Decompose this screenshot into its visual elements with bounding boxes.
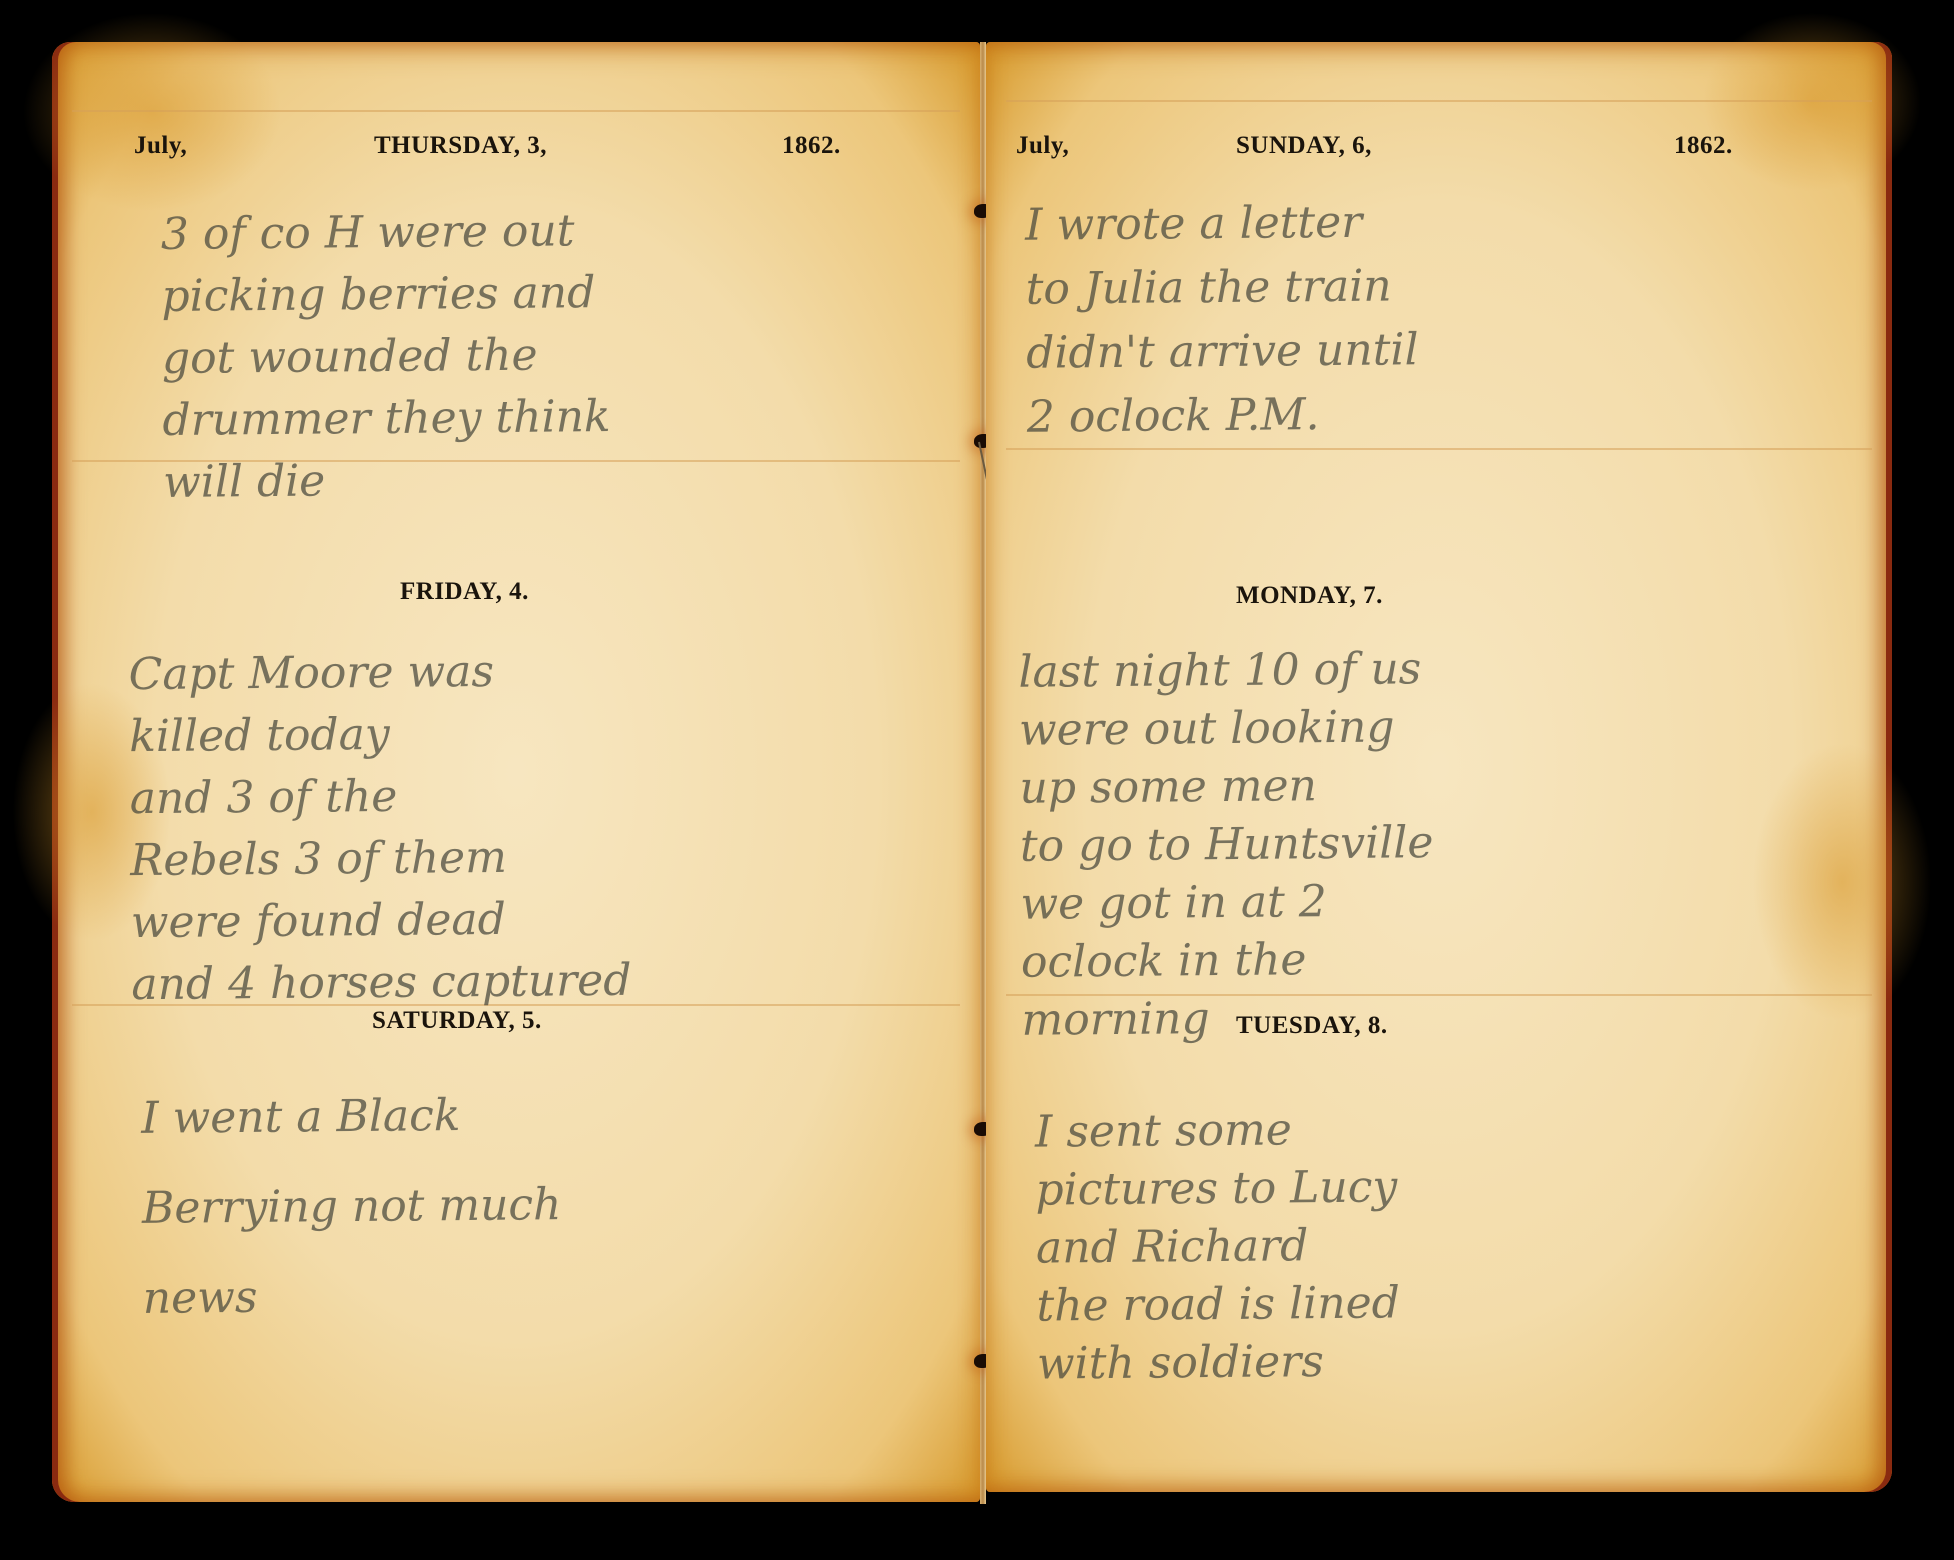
left-page: July, THURSDAY, 3, 1862. 3 of co H were …: [52, 42, 980, 1502]
ruled-line: [72, 110, 960, 112]
day-label-monday-7: MONDAY, 7.: [1236, 582, 1383, 610]
header-year: 1862.: [1674, 132, 1733, 160]
entry-sunday-6: I wrote a letter to Julia the train didn…: [1025, 190, 1419, 449]
header-day: SUNDAY, 6,: [1236, 132, 1372, 160]
entry-saturday-5: I went a Black Berrying not much news: [141, 1070, 563, 1344]
entry-thursday-3: 3 of co H were out picking berries and g…: [161, 200, 612, 514]
entry-monday-7: last night 10 of us were out looking up …: [1018, 640, 1435, 1050]
water-stain: [22, 12, 282, 212]
header-month: July,: [134, 132, 187, 160]
entry-tuesday-8: I sent some pictures to Lucy and Richard…: [1035, 1100, 1401, 1393]
water-stain: [1752, 742, 1932, 1022]
header-day: THURSDAY, 3,: [374, 132, 547, 160]
water-stain: [1702, 12, 1922, 192]
day-label-tuesday-8: TUESDAY, 8.: [1236, 1012, 1388, 1040]
header-month: July,: [1016, 132, 1069, 160]
right-page: July, SUNDAY, 6, 1862. I wrote a letter …: [986, 42, 1892, 1492]
entry-friday-4: Capt Moore was killed today and 3 of the…: [128, 640, 631, 1016]
day-label-friday-4: FRIDAY, 4.: [400, 578, 529, 606]
day-label-saturday-5: SATURDAY, 5.: [372, 1007, 542, 1035]
diary-spread: July, THURSDAY, 3, 1862. 3 of co H were …: [52, 42, 1892, 1504]
header-year: 1862.: [782, 132, 841, 160]
ruled-line: [1006, 100, 1872, 102]
